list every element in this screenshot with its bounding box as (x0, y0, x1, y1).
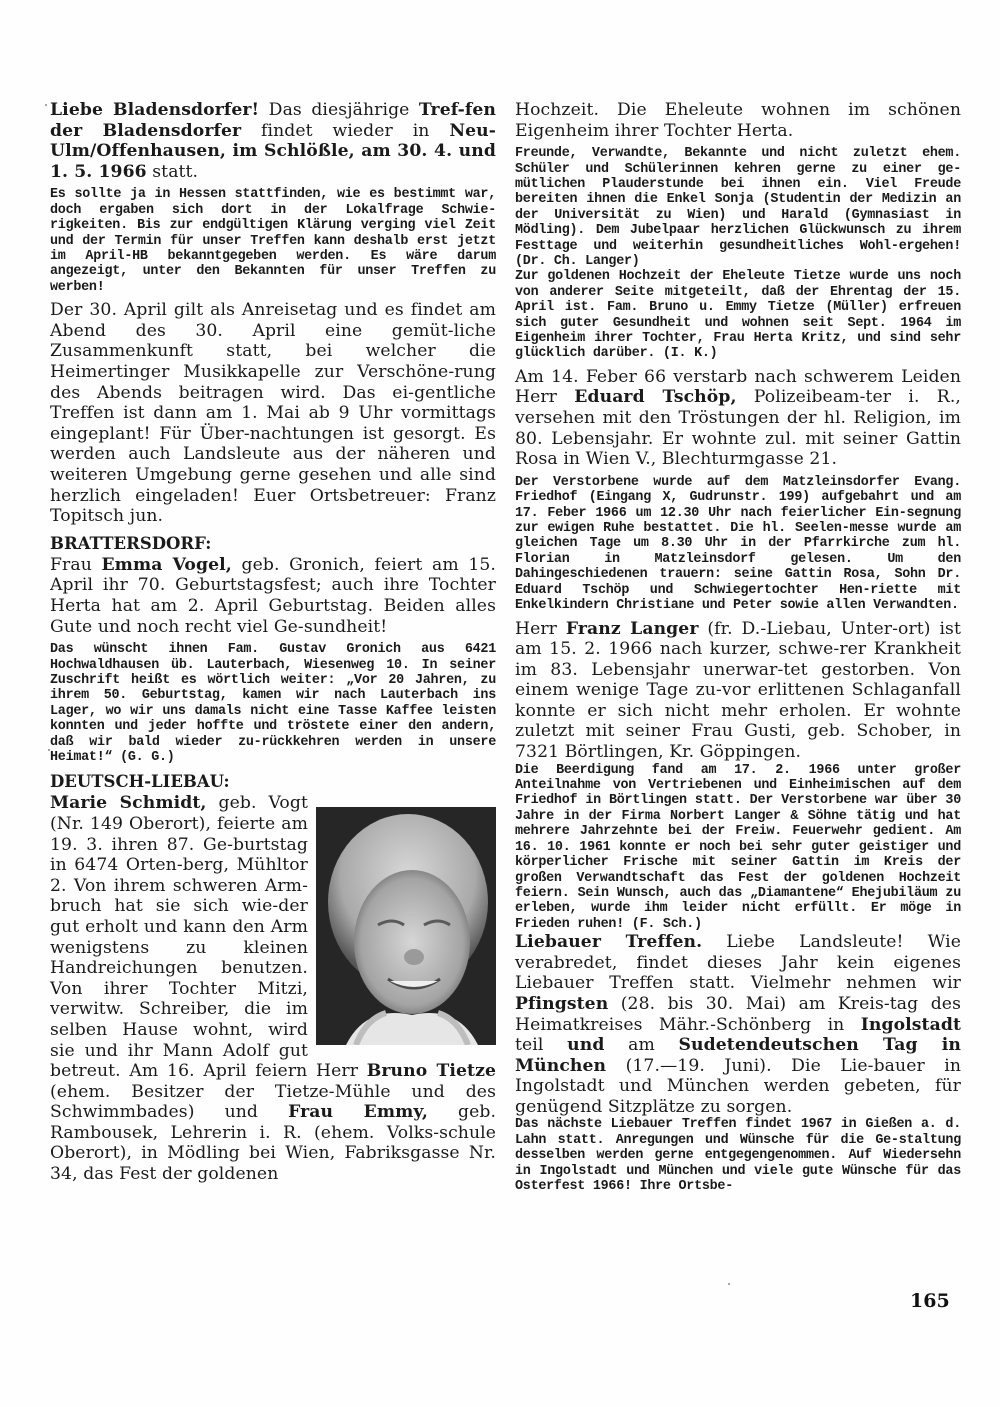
greeting-bold: Liebe Bladensdorfer! (50, 100, 259, 120)
right-column: Hochzeit. Die Eheleute wohnen im schönen… (515, 100, 961, 1195)
obituary-langer: Herr Franz Langer (fr. D.-Liebau, Unter-… (515, 619, 961, 763)
brattersdorf-note: Das wünscht ihnen Fam. Gustav Gronich au… (50, 642, 496, 765)
obituary-tschoep: Am 14. Feber 66 verstarb nach schwerem L… (515, 367, 961, 470)
person-name-bold: Emma Vogel, (101, 555, 231, 575)
bladensdorf-announcement: Liebe Bladensdorfer! Das diesjährige Tre… (50, 100, 496, 182)
brattersdorf-birthday: Frau Emma Vogel, geb. Gronich, feiert am… (50, 555, 496, 637)
liebauer-treffen: Liebauer Treffen. Liebe Landsleute! Wie … (515, 932, 961, 1117)
golden-wedding-continuation: Hochzeit. Die Eheleute wohnen im schönen… (515, 100, 961, 141)
person-name-bold: Eduard Tschöp, (574, 387, 736, 407)
newsletter-page: Liebe Bladensdorfer! Das diesjährige Tre… (0, 0, 1000, 1407)
page-number: 165 (910, 1290, 950, 1312)
bladensdorf-note: Es sollte ja in Hessen stattfinden, wie … (50, 187, 496, 295)
section-heading-deutsch-liebau: DEUTSCH-LIEBAU: (50, 771, 496, 793)
section-heading-brattersdorf: BRATTERSDORF: (50, 533, 496, 555)
liebauer-treffen-note: Das nächste Liebauer Treffen findet 1967… (515, 1117, 961, 1194)
print-speck (296, 561, 298, 563)
golden-wedding-note-2: Zur goldenen Hochzeit der Eheleute Tietz… (515, 269, 961, 361)
print-speck (48, 749, 50, 751)
bladensdorf-program: Der 30. April gilt als Anreisetag und es… (50, 300, 496, 527)
portrait-photo (316, 807, 496, 1045)
obituary-langer-note: Die Beerdigung fand am 17. 2. 1966 unter… (515, 763, 961, 932)
left-column: Liebe Bladensdorfer! Das diesjährige Tre… (50, 100, 496, 1185)
print-speck (728, 1283, 730, 1285)
person-name-bold: Frau Emmy, (288, 1102, 428, 1122)
portrait-image (316, 807, 496, 1045)
person-name-bold: Bruno Tietze (367, 1061, 496, 1081)
person-name-bold: Franz Langer (566, 619, 699, 639)
section-title-bold: Liebauer Treffen. (515, 932, 702, 952)
obituary-tschoep-note: Der Verstorbene wurde auf dem Matzleinsd… (515, 475, 961, 614)
golden-wedding-note-1: Freunde, Verwandte, Bekannte und nicht z… (515, 146, 961, 269)
person-name-bold: Marie Schmidt, (50, 793, 207, 813)
print-speck (45, 104, 47, 106)
